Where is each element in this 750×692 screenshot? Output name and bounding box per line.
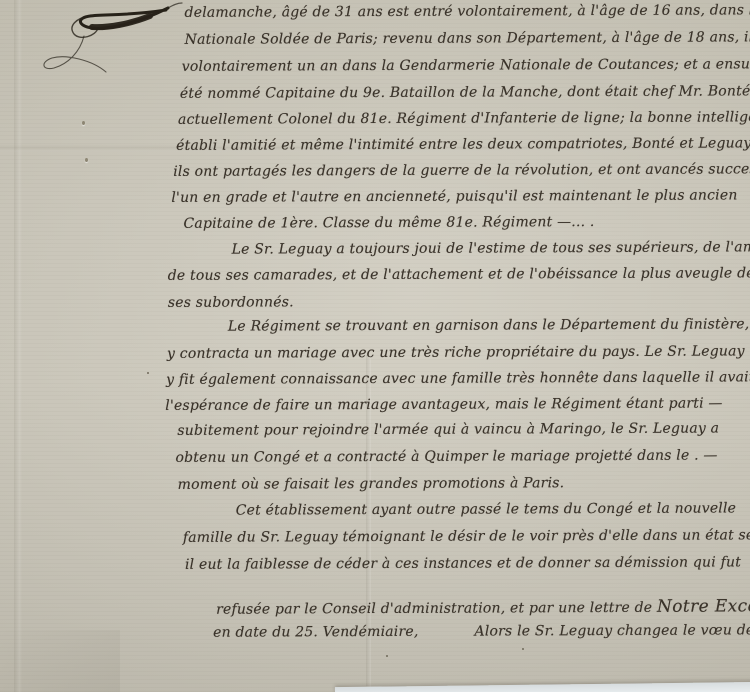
manuscript-line: obtenu un Congé et a contracté à Quimper… [175,448,717,466]
manuscript-line: l'un en grade et l'autre en ancienneté, … [171,187,737,205]
manuscript-line: volontairement un an dans la Gendarmerie… [182,56,750,75]
manuscript-line: actuellement Colonel du 81e. Régiment d'… [178,109,750,128]
manuscript-line: il eut la faiblesse de céder à ces insta… [185,554,741,572]
manuscript-line: établi l'amitié et même l'intimité entre… [176,135,750,154]
manuscript-line: y contracta un mariage avec une très ric… [167,343,745,362]
manuscript-line: Le Sr. Leguay a toujours joui de l'estim… [232,239,750,257]
manuscript-line: Le Régiment se trouvant en garnison dans… [228,316,750,335]
manuscript-line: de tous ses camarades, et de l'attacheme… [168,265,750,284]
manuscript-line-segment: Alors le Sr. Leguay changea le vœu de sa [474,622,750,639]
manuscript-page: delamanche, âgé de 31 ans est entré volo… [0,0,750,692]
manuscript-line-segment: en date du 25. Vendémiaire, [213,624,418,641]
manuscript-line: Capitaine de 1ère. Classe du même 81e. R… [183,214,594,232]
manuscript-line: ils ont partagés les dangers de la guerr… [173,161,750,180]
manuscript-line: delamanche, âgé de 31 ans est entré volo… [185,2,750,21]
manuscript-text-block: delamanche, âgé de 31 ans est entré volo… [0,0,750,692]
manuscript-line: Nationale Soldée de Paris; revenu dans s… [185,29,750,48]
manuscript-line: Cet établissement ayant outre passé le t… [236,500,736,518]
manuscript-line: famille du Sr. Leguay témoignant le dési… [183,527,750,546]
manuscript-line: moment où se faisait les grandes promoti… [178,475,565,493]
manuscript-line: en date du 25. Vendémiaire,Alors le Sr. … [185,606,750,657]
manuscript-line: subitement pour rejoindre l'armée qui à … [177,420,719,438]
manuscript-line: été nommé Capitaine du 9e. Bataillon de … [180,83,750,102]
manuscript-line: ses subordonnés. [168,294,294,311]
manuscript-line: l'espérance de faire un mariage avantage… [165,395,722,413]
manuscript-line: y fit également connaissance avec une fa… [166,369,750,388]
